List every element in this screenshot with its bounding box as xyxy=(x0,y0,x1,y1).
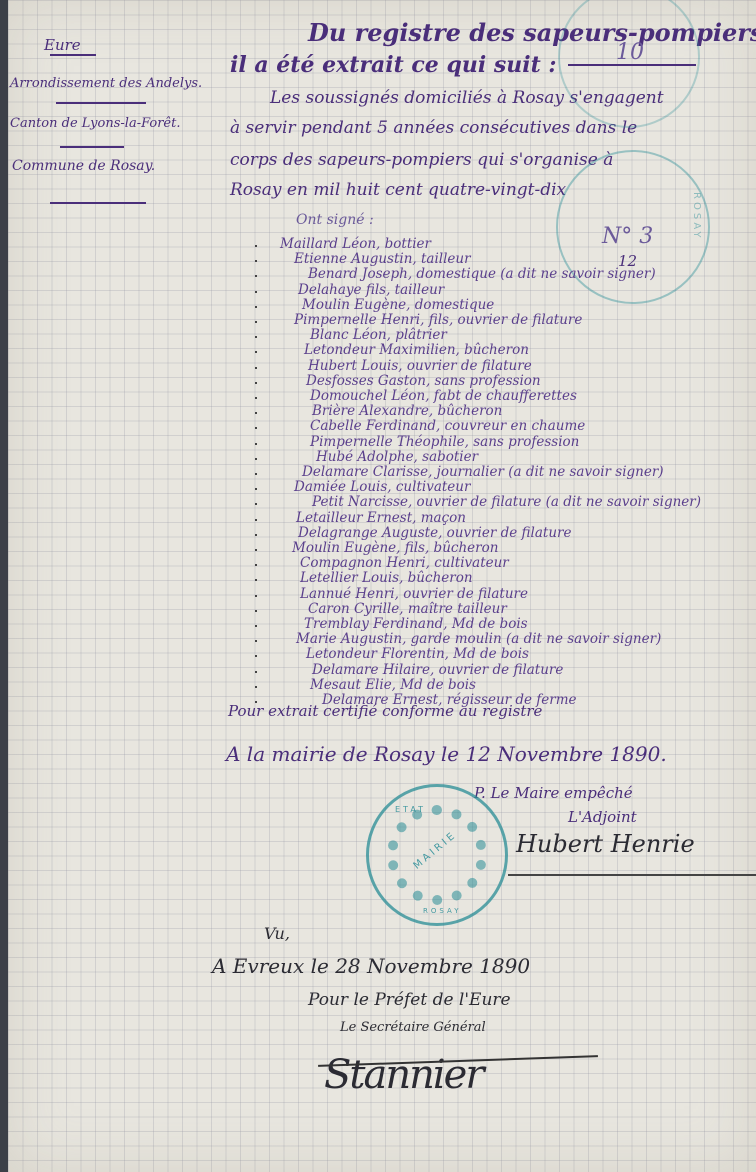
visa-prefect: Pour le Préfet de l'Eure xyxy=(308,990,511,1010)
visa-secretary: Le Secrétaire Général xyxy=(340,1020,486,1035)
certification-text: Pour extrait certifié conforme au regist… xyxy=(228,702,542,720)
margin-dot xyxy=(255,443,257,445)
document-page: Eure Arrondissement des Andelys. Canton … xyxy=(8,0,756,1172)
signatory-entry: Domouchel Léon, fabt de chaufferettes xyxy=(310,388,577,404)
signatory-entry: Lannué Henri, ouvrier de filature xyxy=(300,586,528,602)
margin-dot xyxy=(255,640,257,642)
margin-dot xyxy=(255,275,257,277)
signatory-entry: Cabelle Ferdinand, couvreur en chaume xyxy=(310,418,585,434)
margin-dot xyxy=(255,579,257,581)
signatory-entry: Pimpernelle Henri, fils, ouvrier de fila… xyxy=(294,312,582,328)
visa-label: Vu, xyxy=(264,924,290,943)
signatory-entry: Etienne Augustin, tailleur xyxy=(294,251,471,267)
signed-label: Ont signé : xyxy=(296,212,374,228)
signatory-entry: Tremblay Ferdinand, Md de bois xyxy=(304,616,528,632)
top-stamp-upper xyxy=(558,0,700,128)
adjoint-line: L'Adjoint xyxy=(568,808,637,826)
signatory-entry: Damiée Louis, cultivateur xyxy=(294,479,470,495)
preamble-line: à servir pendant 5 années consécutives d… xyxy=(230,118,637,138)
margin-dot xyxy=(255,488,257,490)
signatory-entry: Hubert Louis, ouvrier de filature xyxy=(308,358,532,374)
margin-dot xyxy=(255,412,257,414)
signatory-entry: Delamare Hilaire, ouvrier de filature xyxy=(312,662,563,678)
divider xyxy=(50,202,146,204)
signatory-entry: Letondeur Florentin, Md de bois xyxy=(306,646,529,662)
signatory-entry: Brière Alexandre, bûcheron xyxy=(312,403,502,419)
signatory-entry: Benard Joseph, domestique (a dit ne savo… xyxy=(308,266,656,282)
visa-place-date: A Evreux le 28 Novembre 1890 xyxy=(212,954,530,978)
divider xyxy=(56,102,146,104)
margin-dot xyxy=(255,397,257,399)
signatory-entry: Letailleur Ernest, maçon xyxy=(296,510,466,526)
margin-dot xyxy=(255,686,257,688)
margin-dot xyxy=(255,245,257,247)
margin-dot xyxy=(255,260,257,262)
signatory-entry: Compagnon Henri, cultivateur xyxy=(300,555,509,571)
margin-dot xyxy=(255,610,257,612)
margin-dot xyxy=(255,595,257,597)
certification-place-date: A la mairie de Rosay le 12 Novembre 1890… xyxy=(226,742,667,766)
signatory-entry: Delamare Clarisse, journalier (a dit ne … xyxy=(302,464,664,480)
signature-flourish xyxy=(508,874,756,876)
signatory-entry: Moulin Eugène, fils, bûcheron xyxy=(292,540,498,556)
canton: Canton de Lyons-la-Forêt. xyxy=(10,116,181,131)
margin-dot xyxy=(255,503,257,505)
prefect-signature: Stannier xyxy=(324,1052,482,1098)
commune: Commune de Rosay. xyxy=(12,158,155,174)
mayor-line: P. Le Maire empêché xyxy=(474,784,633,802)
preamble-line: corps des sapeurs-pompiers qui s'organis… xyxy=(230,150,613,170)
margin-dot xyxy=(255,564,257,566)
signatory-entry: Hubé Adolphe, sabotier xyxy=(316,449,478,465)
signatory-entry: Blanc Léon, plâtrier xyxy=(310,327,447,343)
signatory-entry: Pimpernelle Théophile, sans profession xyxy=(310,434,579,450)
margin-dot xyxy=(255,458,257,460)
margin-dot xyxy=(255,382,257,384)
divider xyxy=(50,54,96,56)
document-subtitle: il a été extrait ce qui suit : xyxy=(230,52,557,78)
margin-dot xyxy=(255,519,257,521)
margin-dot xyxy=(255,306,257,308)
signatory-entry: Letellier Louis, bûcheron xyxy=(300,570,473,586)
signatory-entry: Letondeur Maximilien, bûcheron xyxy=(304,342,529,358)
mairie-stamp: ETAT MAIRIE ROSAY xyxy=(366,784,508,926)
preamble-line: Rosay en mil huit cent quatre-vingt-dix xyxy=(230,180,566,200)
stamp-text: ROSAY xyxy=(691,192,702,241)
signatory-entry: Mesaut Elie, Md de bois xyxy=(310,677,476,693)
signatory-entry: Marie Augustin, garde moulin (a dit ne s… xyxy=(296,631,661,647)
signatory-entry: Petit Narcisse, ouvrier de filature (a d… xyxy=(312,494,701,510)
margin-dot xyxy=(255,655,257,657)
divider xyxy=(60,146,124,148)
margin-dot xyxy=(255,291,257,293)
arrondissement: Arrondissement des Andelys. xyxy=(10,76,202,91)
signatory-entry: Maillard Léon, bottier xyxy=(280,236,431,252)
signatory-entry: Moulin Eugène, domestique xyxy=(302,297,494,313)
margin-dot xyxy=(255,427,257,429)
mayor-signature: Hubert Henrie xyxy=(516,830,695,858)
registry-ref: N° 3 xyxy=(602,224,653,249)
margin-dot xyxy=(255,625,257,627)
margin-dot xyxy=(255,473,257,475)
margin-dot xyxy=(255,549,257,551)
margin-dot xyxy=(255,367,257,369)
margin-dot xyxy=(255,351,257,353)
signatory-entry: Desfosses Gaston, sans profession xyxy=(306,373,541,389)
signatory-entry: Delahaye fils, tailleur xyxy=(298,282,444,298)
margin-dot xyxy=(255,321,257,323)
department: Eure xyxy=(44,36,81,54)
signatory-entry: Caron Cyrille, maître tailleur xyxy=(308,601,507,617)
margin-dot xyxy=(255,534,257,536)
margin-dot xyxy=(255,336,257,338)
signatory-entry: Delagrange Auguste, ouvrier de filature xyxy=(298,525,571,541)
margin-dot xyxy=(255,671,257,673)
